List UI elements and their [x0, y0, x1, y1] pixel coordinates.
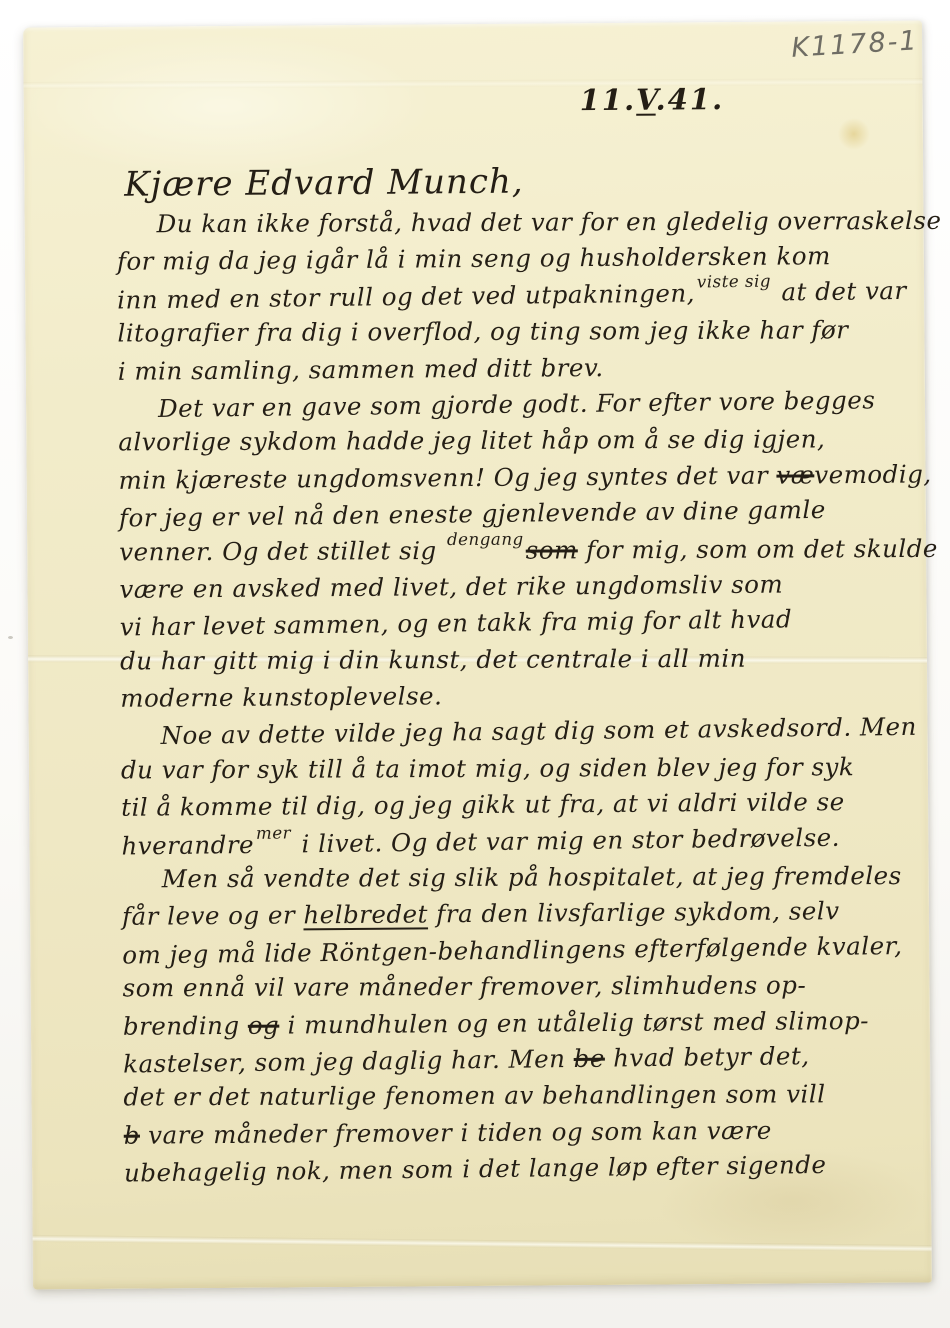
- letter-segment: det er det naturlige fenomen av behandli…: [123, 1080, 825, 1112]
- letter-segment: for mig da jeg igår lå i min seng og hus…: [117, 242, 831, 277]
- letter-segment: vare måneder fremover i tiden og som kan…: [140, 1115, 772, 1149]
- letter-segment: du har gitt mig i din kunst, det central…: [120, 643, 746, 675]
- letter-segment: hverandre: [121, 830, 254, 861]
- letter-segment-strike: væ: [776, 460, 814, 489]
- letter-segment-underline: helbredet: [303, 900, 428, 930]
- letter-segment: kastelser, som jeg daglig har. Men: [123, 1044, 574, 1079]
- letter-segment: til å komme til dig, og jeg gikk ut fra,…: [121, 787, 845, 822]
- letter-segment: får leve og er: [122, 901, 304, 931]
- letter-segment: vemodig,: [814, 459, 932, 489]
- letter-segment-strike: be: [574, 1044, 606, 1073]
- letter-segment: litografier fra dig i overflod, og ting …: [117, 315, 848, 347]
- scanner-dust-speck: [8, 636, 13, 639]
- salutation: Kjære Edvard Munch,: [124, 162, 524, 205]
- letter-segment: i livet. Og det var mig en stor bedrøvel…: [293, 822, 840, 858]
- letter-line: du har gitt mig i din kunst, det central…: [120, 643, 909, 683]
- letter-segment-strike: b: [124, 1120, 140, 1149]
- scan-background: K1178-1 11.V.41. Kjære Edvard Munch, Du …: [0, 0, 950, 1328]
- letter-line: Du kan ikke forstå, hvad det var for en …: [117, 206, 906, 246]
- catalog-number: K1178-1: [790, 25, 919, 64]
- letter-segment: Men så vendte det sig slik på hospitalet…: [162, 861, 902, 893]
- letter-line: litografier fra dig i overflod, og ting …: [117, 315, 906, 355]
- letter-segment: inn med en stor rull og det ved utpaknin…: [117, 278, 695, 314]
- letter-segment: være en avsked med livet, det rike ungdo…: [119, 570, 783, 604]
- letter-segment: min kjæreste ungdomsvenn! Og jeg syntes …: [119, 460, 777, 494]
- letter-segment: Du kan ikke forstå, hvad det var for en …: [157, 206, 942, 238]
- letter-segment-strike: som: [526, 535, 578, 564]
- letter-segment: for mig, som om det skulde: [578, 533, 938, 564]
- fold-crease: [33, 1235, 932, 1252]
- letter-segment: alvorlige sykdom hadde jeg litet håp om …: [118, 425, 825, 457]
- letter-line: Men så vendte det sig slik på hospitalet…: [122, 861, 911, 901]
- letter-segment: hvad betyr det,: [605, 1041, 810, 1072]
- letter-segment: du var for syk till å ta imot mig, og si…: [121, 752, 854, 784]
- letter-segment-strike: og: [248, 1010, 280, 1039]
- letter-paper: K1178-1 11.V.41. Kjære Edvard Munch, Du …: [23, 20, 932, 1289]
- letter-segment: venner. Og det stillet sig: [119, 536, 445, 566]
- letter-segment: i min samling, sammen med ditt brev.: [118, 353, 604, 386]
- letter-line: venner. Og det stillet sig dengangsom fo…: [119, 534, 908, 574]
- letter-segment-insert: viste sig: [697, 271, 771, 291]
- fold-crease: [24, 78, 923, 89]
- letter-line: du var for syk till å ta imot mig, og si…: [121, 752, 910, 792]
- letter-segment: i mundhulen og en utålelig tørst med sli…: [279, 1006, 869, 1040]
- letter-date: 11.V.41.: [580, 82, 725, 117]
- letter-line: vi har levet sammen, og en takk fra mig …: [120, 603, 909, 649]
- letter-body: Du kan ikke forstå, hvad det var for en …: [117, 205, 914, 1194]
- letter-line: Noe av dette vilde jeg ha sagt dig som e…: [120, 712, 909, 758]
- letter-line: det er det naturlige fenomen av behandli…: [123, 1079, 912, 1119]
- date-month-roman-numeral: V: [636, 83, 656, 117]
- date-year: .41.: [655, 82, 724, 117]
- date-day: 11.: [580, 83, 637, 117]
- letter-segment: som ennå vil vare måneder fremover, slim…: [123, 971, 807, 1003]
- letter-segment: brending: [123, 1010, 248, 1040]
- letter-segment-insert: dengang: [447, 529, 524, 548]
- letter-segment: at det var: [773, 276, 907, 307]
- letter-line: som ennå vil vare måneder fremover, slim…: [123, 970, 912, 1010]
- letter-segment-insert: mer: [256, 823, 291, 842]
- letter-segment: fra den livsfarlige sykdom, selv: [428, 897, 840, 929]
- letter-line: alvorlige sykdom hadde jeg litet håp om …: [118, 424, 907, 464]
- letter-segment: moderne kunstoplevelse.: [120, 681, 442, 713]
